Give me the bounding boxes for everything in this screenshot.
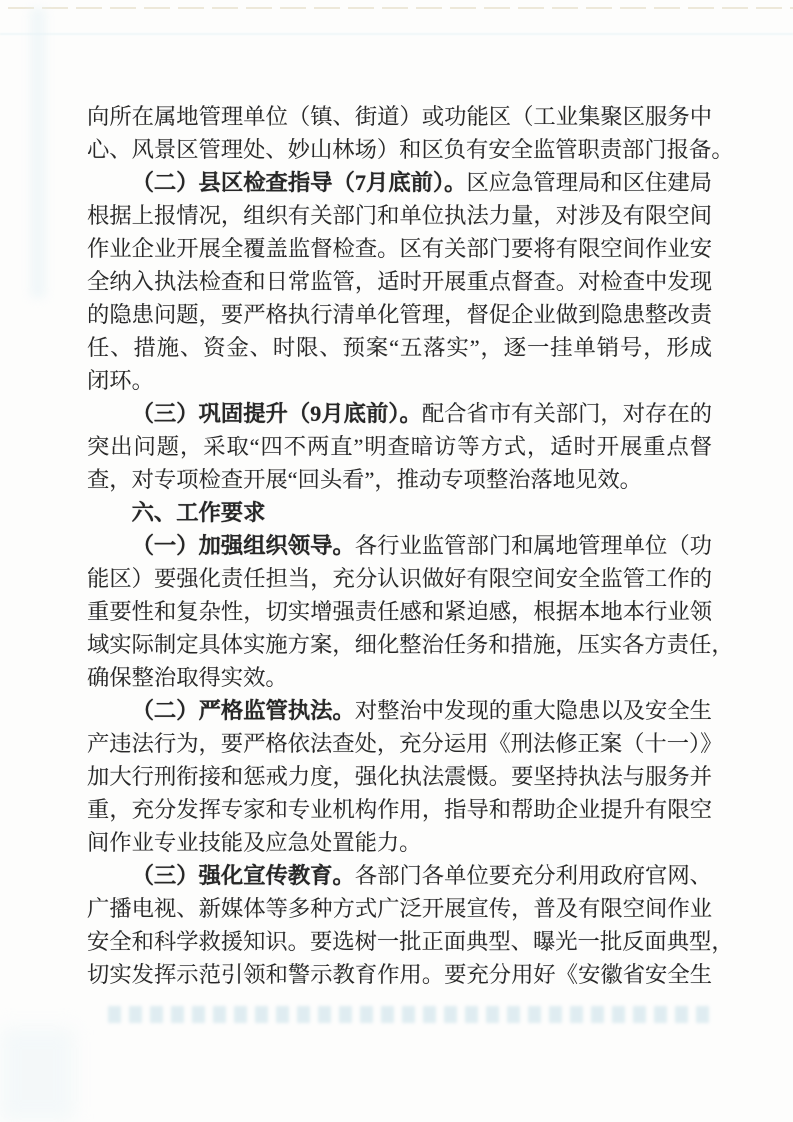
document-line: 六、工作要求 — [87, 496, 712, 529]
text-run: 重，充分发挥专家和专业机构作用，指导和帮助企业提升有限空 — [87, 797, 712, 822]
document-line: 闭环。 — [87, 364, 712, 397]
document-line: （三）巩固提升（9月底前）。配合省市有关部门，对存在的 — [87, 397, 712, 430]
document-line: 的隐患问题，要严格执行清单化管理，督促企业做到隐患整改责 — [87, 298, 712, 331]
text-run: 确保整治取得实效。 — [87, 665, 288, 690]
document-line: （三）强化宣传教育。各部门各单位要充分利用政府官网、 — [87, 859, 712, 892]
heading-run: （三）巩固提升（9月底前）。 — [132, 401, 422, 426]
screenshot-root: { "page": { "kind": "scanned-official-do… — [0, 0, 793, 1122]
text-run: 对整治中发现的重大隐患以及安全生 — [355, 698, 712, 723]
document-line: 查，对专项检查开展“回头看”，推动专项整治落地见效。 — [87, 463, 712, 496]
document-line: 心、风景区管理处、妙山林场）和区负有安全监管职责部门报备。 — [87, 133, 712, 166]
document-line: 向所在属地管理单位（镇、街道）或功能区（工业集聚区服务中 — [87, 100, 712, 133]
scan-artifact-top-edge-line — [8, 7, 793, 9]
document-line: 全纳入执法检查和日常监管，适时开展重点督查。对检查中发现 — [87, 265, 712, 298]
document-line: 重，充分发挥专家和专业机构作用，指导和帮助企业提升有限空 — [87, 793, 712, 826]
scanned-page: 向所在属地管理单位（镇、街道）或功能区（工业集聚区服务中心、风景区管理处、妙山林… — [0, 0, 793, 1122]
text-run: 任、措施、资金、时限、预案“五落实”，逐一挂单销号，形成 — [87, 335, 712, 360]
heading-run: 六、工作要求 — [132, 500, 266, 525]
text-run: 切实发挥示范引领和警示教育作用。要充分用好《安徽省安全生 — [87, 962, 712, 987]
heading-run: （三）强化宣传教育。 — [132, 863, 355, 888]
text-run: 配合省市有关部门，对存在的 — [422, 401, 712, 426]
document-line: 任、措施、资金、时限、预案“五落实”，逐一挂单销号，形成 — [87, 331, 712, 364]
heading-run: （二）严格监管执法。 — [132, 698, 355, 723]
text-run: 全纳入执法检查和日常监管，适时开展重点督查。对检查中发现 — [87, 269, 712, 294]
document-line: 切实发挥示范引领和警示教育作用。要充分用好《安徽省安全生 — [87, 958, 712, 991]
document-line: 加大行刑衔接和惩戒力度，强化执法震慑。要坚持执法与服务并 — [87, 760, 712, 793]
document-line: 域实际制定具体实施方案，细化整治任务和措施，压实各方责任， — [87, 628, 712, 661]
text-run: 闭环。 — [87, 368, 154, 393]
text-run: 查，对专项检查开展“回头看”，推动专项整治落地见效。 — [87, 467, 642, 492]
document-line: 广播电视、新媒体等多种方式广泛开展宣传，普及有限空间作业 — [87, 892, 712, 925]
document-line: 产违法行为，要严格依法查处，充分运用《刑法修正案（十一）》 — [87, 727, 712, 760]
scan-artifact-bleed-through-text — [108, 1006, 712, 1023]
document-line: 确保整治取得实效。 — [87, 661, 712, 694]
document-line: 安全和科学救援知识。要选树一批正面典型、曝光一批反面典型， — [87, 925, 712, 958]
scan-artifact-horizontal-streak — [0, 33, 793, 35]
text-run: 重要性和复杂性，切实增强责任感和紧迫感，根据本地本行业领 — [87, 599, 712, 624]
text-run: 间作业专业技能及应急处置能力。 — [87, 830, 421, 855]
document-line: 突出问题，采取“四不两直”明查暗访等方式，适时开展重点督 — [87, 430, 712, 463]
text-run: 根据上报情况，组织有关部门和单位执法力量，对涉及有限空间 — [87, 203, 712, 228]
text-run: 产违法行为，要严格依法查处，充分运用《刑法修正案（十一）》 — [87, 731, 722, 756]
document-line: 根据上报情况，组织有关部门和单位执法力量，对涉及有限空间 — [87, 199, 712, 232]
document-line: 重要性和复杂性，切实增强责任感和紧迫感，根据本地本行业领 — [87, 595, 712, 628]
text-run: 突出问题，采取“四不两直”明查暗访等方式，适时开展重点督 — [87, 434, 712, 459]
text-run: 心、风景区管理处、妙山林场）和区负有安全监管职责部门报备。 — [87, 137, 734, 162]
document-line: 作业企业开展全覆盖监督检查。区有关部门要将有限空间作业安 — [87, 232, 712, 265]
text-run: 区应急管理局和区住建局 — [466, 170, 712, 195]
text-run: 各行业监管部门和属地管理单位（功 — [355, 533, 712, 558]
text-run: 的隐患问题，要严格执行清单化管理，督促企业做到隐患整改责 — [87, 302, 712, 327]
document-text-block: 向所在属地管理单位（镇、街道）或功能区（工业集聚区服务中心、风景区管理处、妙山林… — [87, 100, 712, 991]
text-run: 广播电视、新媒体等多种方式广泛开展宣传，普及有限空间作业 — [87, 896, 712, 921]
scan-artifact-left-streak — [30, 8, 46, 298]
document-line: （二）严格监管执法。对整治中发现的重大隐患以及安全生 — [87, 694, 712, 727]
document-line: 能区）要强化责任担当，充分认识做好有限空间安全监管工作的 — [87, 562, 712, 595]
document-line: （二）县区检查指导（7月底前）。区应急管理局和区住建局 — [87, 166, 712, 199]
text-run: 能区）要强化责任担当，充分认识做好有限空间安全监管工作的 — [87, 566, 712, 591]
document-line: 间作业专业技能及应急处置能力。 — [87, 826, 712, 859]
text-run: 向所在属地管理单位（镇、街道）或功能区（工业集聚区服务中 — [87, 104, 712, 129]
text-run: 域实际制定具体实施方案，细化整治任务和措施，压实各方责任， — [87, 632, 734, 657]
text-run: 作业企业开展全覆盖监督检查。区有关部门要将有限空间作业安 — [87, 236, 712, 261]
scan-artifact-bottom-smudge — [0, 1027, 75, 1122]
heading-run: （二）县区检查指导（7月底前）。 — [132, 170, 467, 195]
text-run: 加大行刑衔接和惩戒力度，强化执法震慑。要坚持执法与服务并 — [87, 764, 712, 789]
text-run: 各部门各单位要充分利用政府官网、 — [355, 863, 712, 888]
heading-run: （一）加强组织领导。 — [132, 533, 355, 558]
text-run: 安全和科学救援知识。要选树一批正面典型、曝光一批反面典型， — [87, 929, 734, 954]
document-line: （一）加强组织领导。各行业监管部门和属地管理单位（功 — [87, 529, 712, 562]
